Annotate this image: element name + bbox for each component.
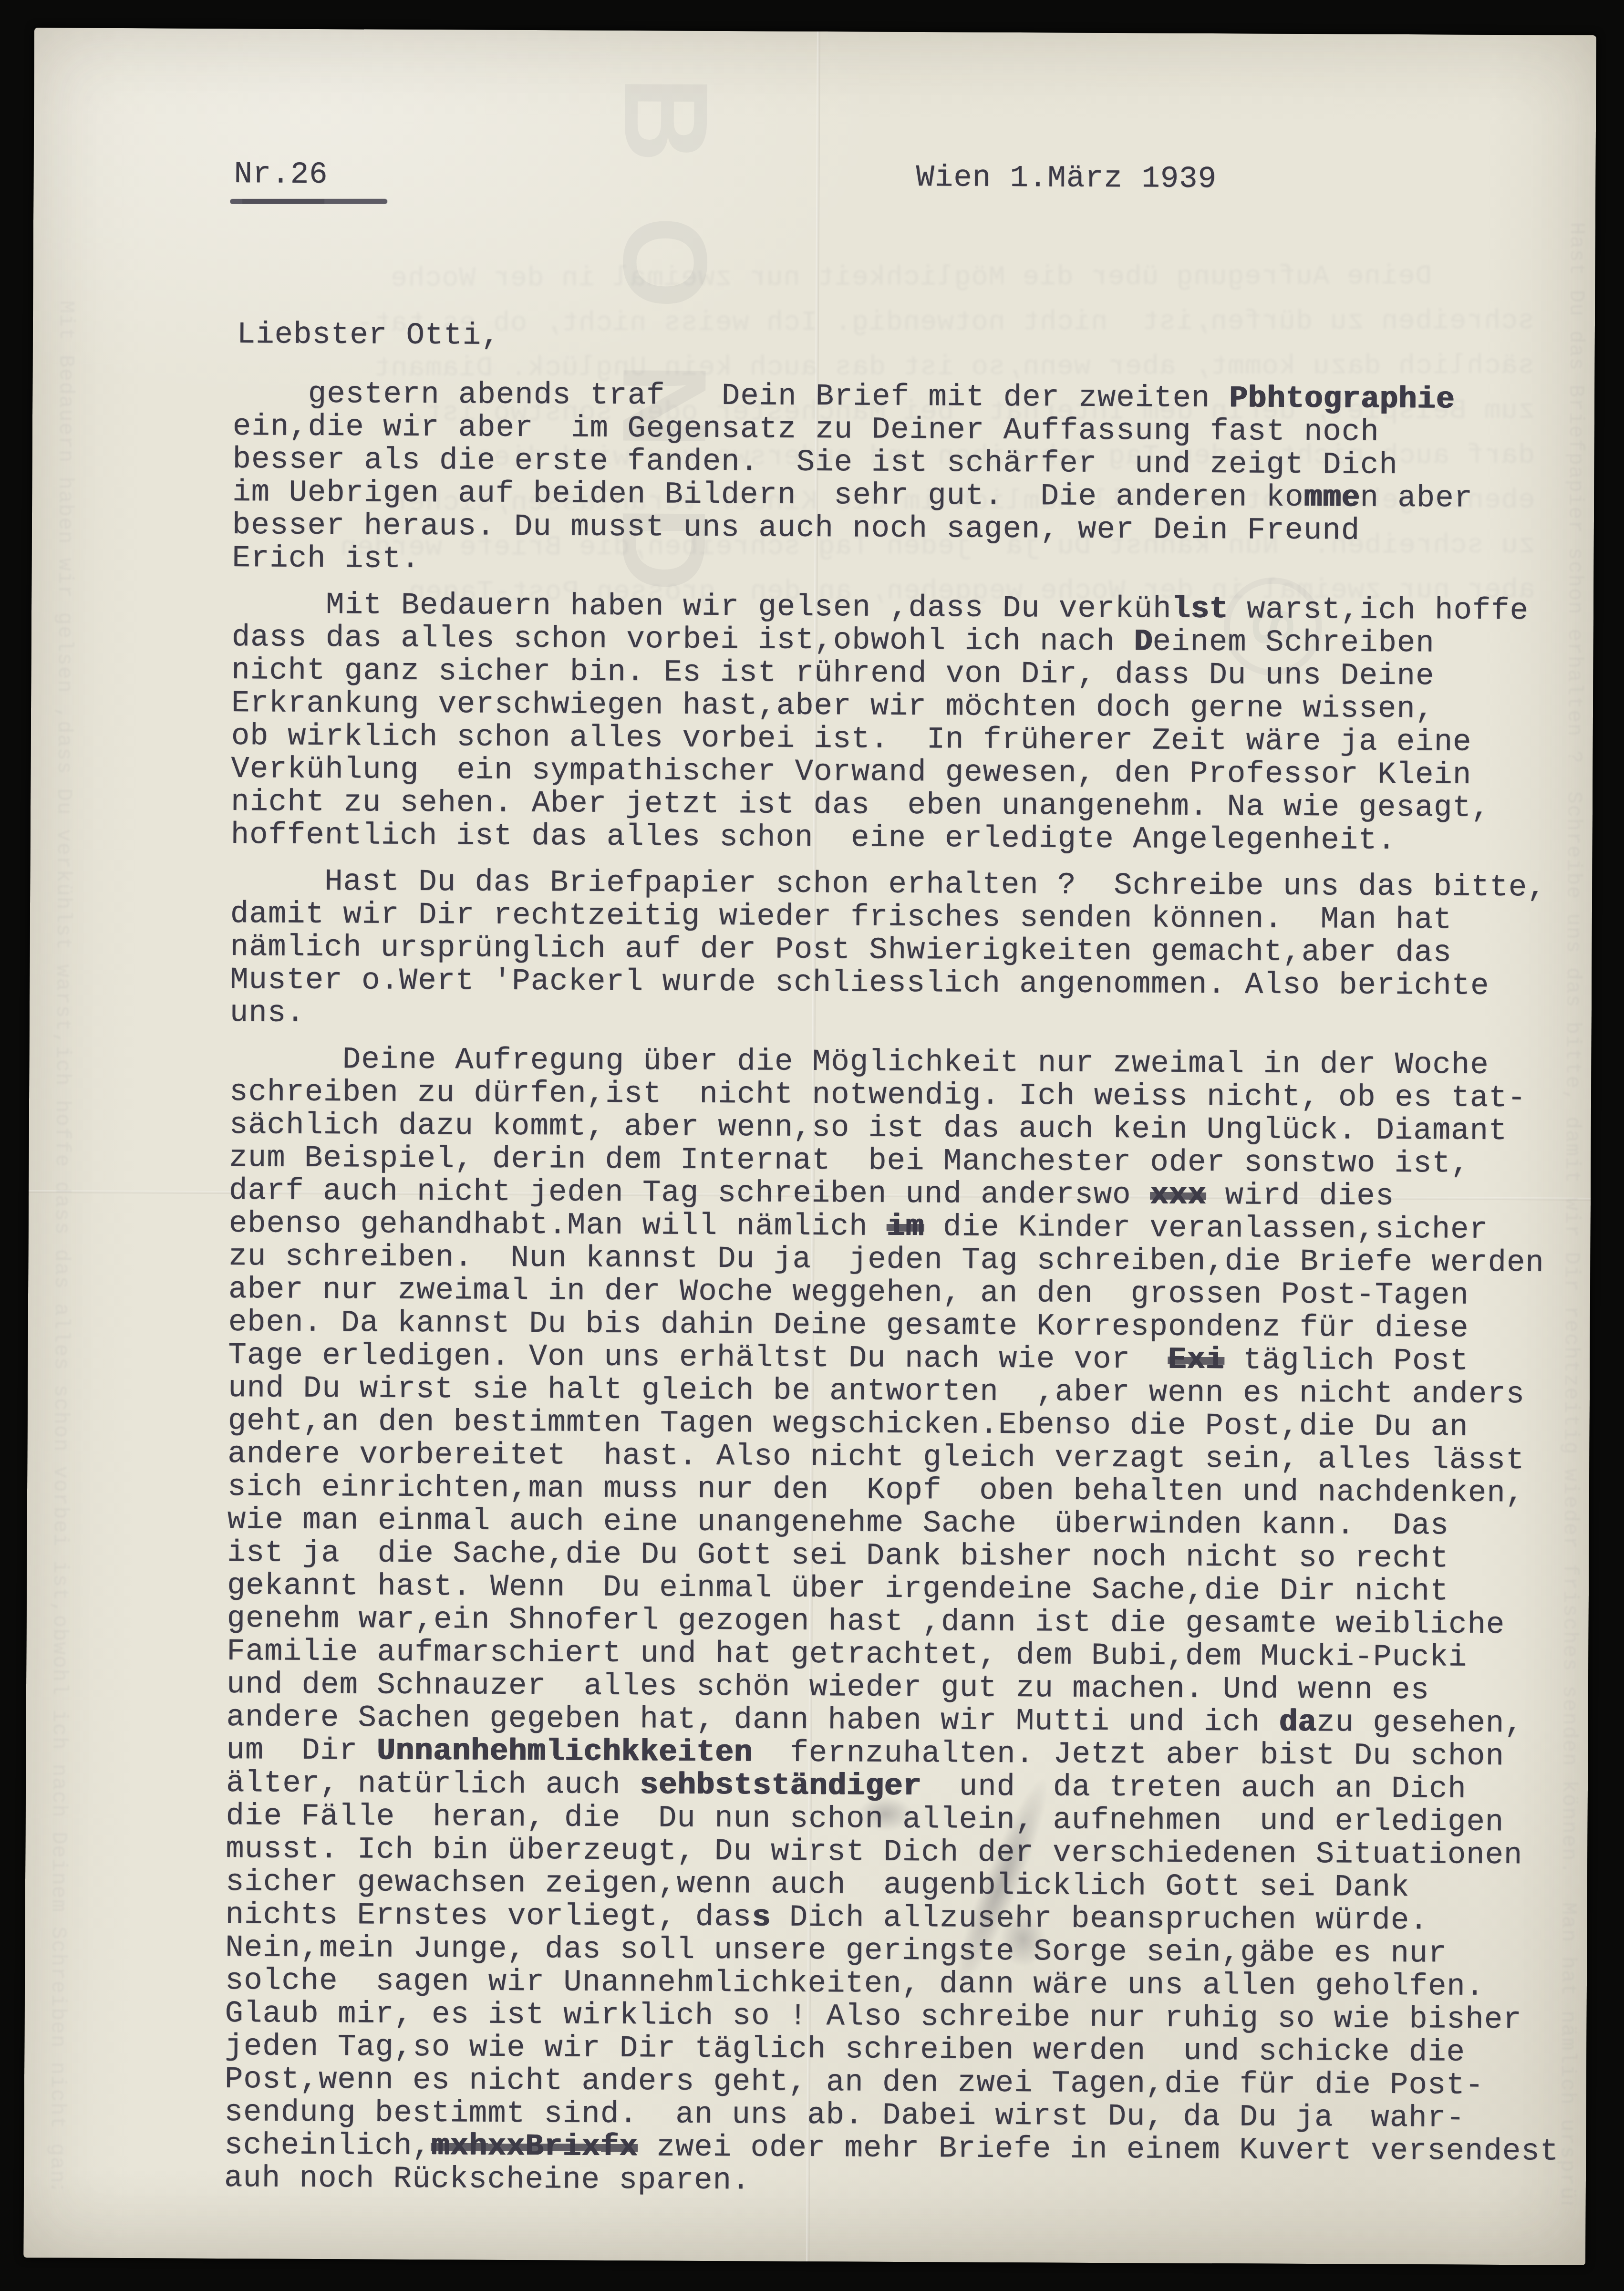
overstruck-text: lst (1171, 592, 1228, 627)
letter-number-underline (230, 199, 387, 204)
letter-content: Nr.26 Wien 1.März 1939 Liebster Otti, ge… (23, 28, 1596, 2265)
letter-date: Wien 1.März 1939 (916, 162, 1217, 196)
letter-paragraph: Hast Du das Briefpapier schon erhalten ?… (230, 865, 1578, 1037)
letter-paragraph: Deine Aufregung über die Möglichkeit nur… (224, 1043, 1577, 2202)
letter-line: Erich ist. (232, 542, 1579, 582)
struck-out-text: xxx (1150, 1178, 1207, 1213)
letter-paper: BOND S Deine Aufregung über die Möglichk… (23, 28, 1596, 2265)
struck-out-text: Exi (1168, 1343, 1225, 1378)
struck-out-text: mxhxxBrixfx (431, 2129, 638, 2165)
overstruck-text: mme (1303, 481, 1360, 516)
overstruck-text: Unnanhehmlichkkeiten (376, 1734, 752, 1771)
letter-number: Nr.26 (234, 158, 328, 192)
photo-background: { "colors": { "frame": "#0a0a09", "paper… (0, 0, 1624, 2291)
overstruck-text: D (1134, 625, 1153, 659)
letter-paragraph: Mit Bedauern haben wir gelsen ,dass Du v… (231, 589, 1580, 859)
ink-smudge (1000, 1912, 1046, 1967)
letter-line: hoffentlich ist das alles schon eine erl… (231, 819, 1578, 859)
struck-out-text: im (887, 1210, 924, 1244)
ink-smudge (858, 1796, 913, 1831)
overstruck-text: s (752, 1900, 771, 1935)
letter-paragraph: gestern abends traf Dein Brief mit der z… (232, 378, 1580, 582)
letter-line: Muster o.Wert 'Packerl wurde schliesslic… (230, 964, 1577, 1004)
overstruck-text: Pbhtographie (1229, 382, 1455, 417)
letter-salutation: Liebster Otti, (237, 319, 500, 353)
overstruck-text: da (1279, 1706, 1316, 1740)
letter-body: gestern abends traf Dein Brief mit der z… (224, 378, 1581, 2215)
